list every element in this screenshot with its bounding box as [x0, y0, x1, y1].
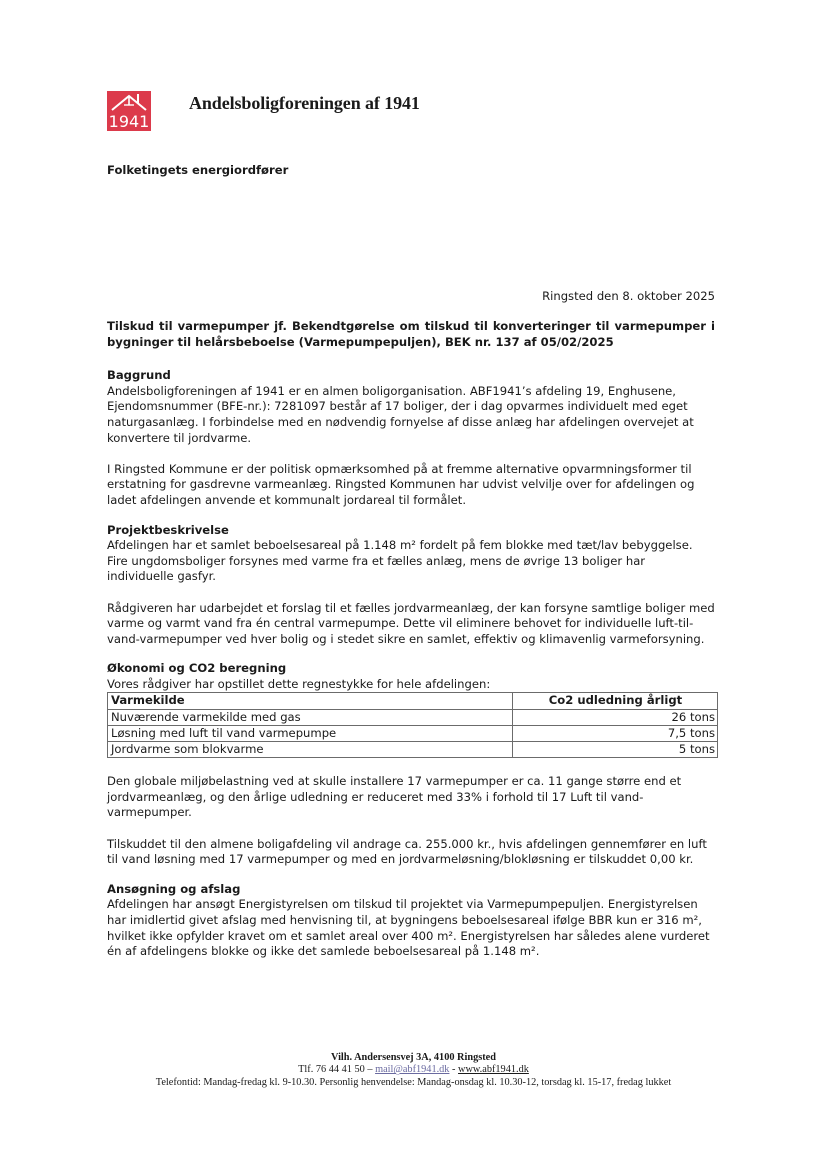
recipient: Folketingets energiordfører	[107, 163, 288, 177]
table-header-row: Varmekilde Co2 udledning årligt	[108, 693, 718, 709]
logo-1941: 1941	[107, 91, 151, 131]
cell-co2: 5 tons	[513, 742, 718, 758]
section-oekonomi: Økonomi og CO2 beregning Vores rådgiver …	[107, 661, 715, 868]
section-heading: Økonomi og CO2 beregning	[107, 661, 715, 677]
table-row: Løsning med luft til vand varmepumpe 7,5…	[108, 725, 718, 741]
footer-phone: Tlf. 76 44 41 50 –	[298, 1064, 375, 1075]
cell-varmekilde: Jordvarme som blokvarme	[108, 742, 513, 758]
subject-line: Tilskud til varmepumper jf. Bekendtgørel…	[107, 319, 715, 350]
cell-co2: 7,5 tons	[513, 725, 718, 741]
paragraph: Tilskuddet til den almene boligafdeling …	[107, 837, 715, 868]
table-row: Jordvarme som blokvarme 5 tons	[108, 742, 718, 758]
paragraph: Andelsboligforeningen af 1941 er en alme…	[107, 384, 715, 446]
organization-name: Andelsboligforeningen af 1941	[189, 93, 420, 114]
section-projektbeskrivelse: Projektbeskrivelse Afdelingen har et sam…	[107, 523, 715, 648]
section-ansoegning: Ansøgning og afslag Afdelingen har ansøg…	[107, 882, 715, 960]
cell-co2: 26 tons	[513, 709, 718, 725]
date-line: Ringsted den 8. oktober 2025	[542, 289, 715, 303]
svg-text:1941: 1941	[109, 112, 150, 131]
cell-varmekilde: Løsning med luft til vand varmepumpe	[108, 725, 513, 741]
paragraph: I Ringsted Kommune er der politisk opmær…	[107, 462, 715, 509]
section-baggrund: Baggrund Andelsboligforeningen af 1941 e…	[107, 368, 715, 508]
table-row: Nuværende varmekilde med gas 26 tons	[108, 709, 718, 725]
letter-body: Tilskud til varmepumper jf. Bekendtgørel…	[107, 319, 715, 975]
paragraph: Den globale miljøbelastning ved at skull…	[107, 774, 715, 821]
footer-address: Vilh. Andersensvej 3A, 4100 Ringsted	[0, 1052, 827, 1064]
paragraph: Afdelingen har et samlet beboelsesareal …	[107, 538, 715, 585]
paragraph: Rådgiveren har udarbejdet et forslag til…	[107, 601, 715, 648]
column-header-varmekilde: Varmekilde	[108, 693, 513, 709]
column-header-co2: Co2 udledning årligt	[513, 693, 718, 709]
email-link[interactable]: mail@abf1941.dk	[375, 1064, 449, 1075]
house-logo-icon: 1941	[107, 91, 151, 131]
footer-separator: -	[449, 1064, 458, 1075]
letterhead-footer: Vilh. Andersensvej 3A, 4100 Ringsted Tlf…	[0, 1052, 827, 1089]
cell-varmekilde: Nuværende varmekilde med gas	[108, 709, 513, 725]
footer-hours: Telefontid: Mandag-fredag kl. 9-10.30. P…	[0, 1077, 827, 1089]
footer-contact: Tlf. 76 44 41 50 – mail@abf1941.dk - www…	[0, 1064, 827, 1076]
section-heading: Projektbeskrivelse	[107, 523, 715, 539]
section-heading: Ansøgning og afslag	[107, 882, 715, 898]
website-link[interactable]: www.abf1941.dk	[458, 1064, 529, 1075]
co2-table: Varmekilde Co2 udledning årligt Nuværend…	[107, 692, 718, 758]
table-intro: Vores rådgiver har opstillet dette regne…	[107, 677, 715, 693]
paragraph: Afdelingen har ansøgt Energistyrelsen om…	[107, 897, 715, 959]
section-heading: Baggrund	[107, 368, 715, 384]
